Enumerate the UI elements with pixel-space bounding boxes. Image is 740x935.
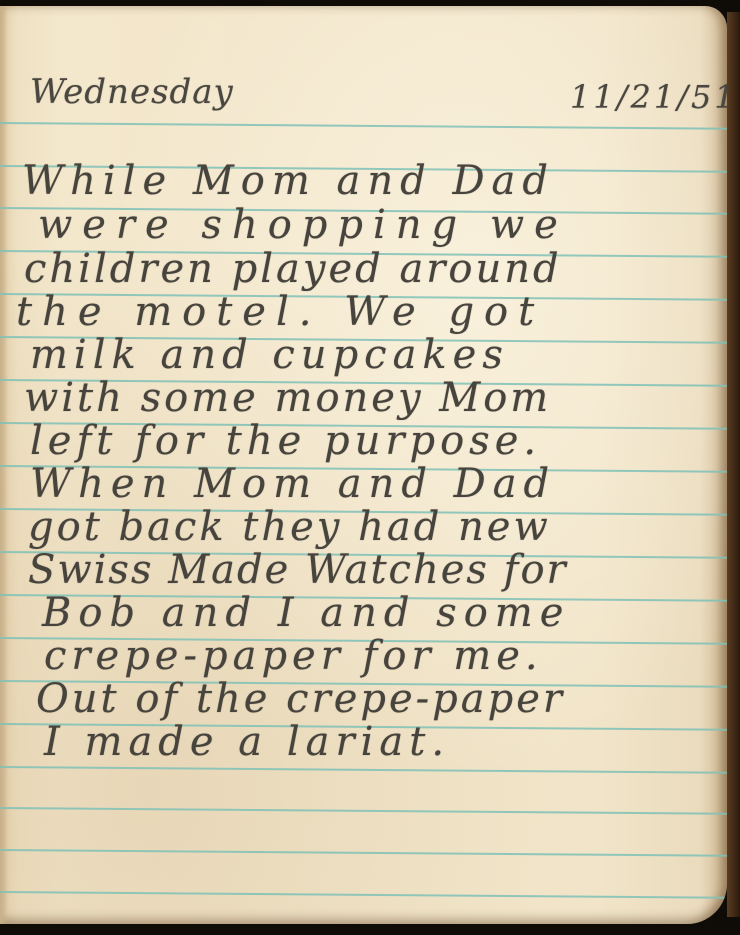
entry-line: Swiss Made Watches for (28, 547, 568, 593)
entry-line: were shopping we (38, 202, 568, 248)
ruled-line (0, 849, 727, 856)
entry-line: the motel. We got (16, 289, 544, 335)
ruled-line (0, 122, 727, 129)
entry-day: Wednesday (30, 72, 234, 112)
entry-line: crepe-paper for me. (44, 633, 543, 679)
entry-line: with some money Mom (24, 375, 551, 421)
entry-line: children played around (24, 246, 562, 292)
entry-line: When Mom and Dad (30, 461, 556, 507)
ruled-line (0, 766, 727, 773)
entry-line: While Mom and Dad (22, 158, 555, 204)
notebook-page: Wednesday 11/21/51 While Mom and Dad wer… (0, 6, 727, 924)
entry-line: I made a lariat. (44, 719, 450, 765)
entry-line: got back they had new (28, 504, 551, 550)
ruled-line (0, 807, 727, 814)
notebook-cover-edge (727, 12, 740, 917)
entry-line: Bob and I and some (42, 590, 570, 636)
ruled-line (0, 891, 727, 898)
entry-line: Out of the crepe-paper (36, 676, 565, 722)
entry-line: left for the purpose. (30, 418, 541, 464)
entry-date: 11/21/51 (570, 78, 727, 116)
entry-line: milk and cupcakes (30, 332, 509, 378)
